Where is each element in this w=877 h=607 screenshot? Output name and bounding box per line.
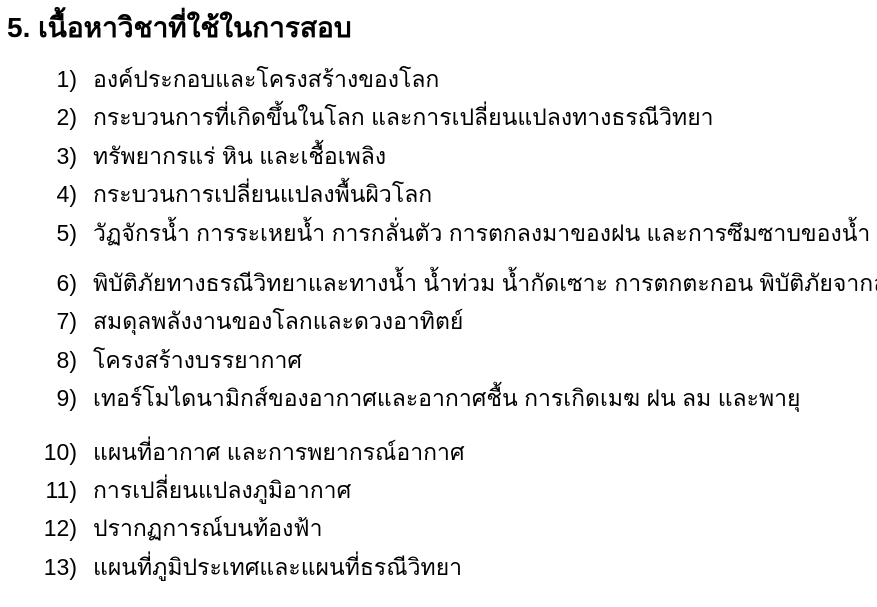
list-item: 3) ทรัพยากรแร่ หิน และเชื้อเพลิง: [0, 137, 877, 175]
list-item-text: โครงสร้างบรรยากาศ: [93, 341, 877, 379]
list-item: 6) พิบัติภัยทางธรณีวิทยาและทางน้ำ น้ำท่ว…: [0, 264, 877, 302]
list-item-text: ทรัพยากรแร่ หิน และเชื้อเพลิง: [93, 137, 877, 175]
list-item-number: 7): [0, 302, 93, 340]
page-title: 5. เนื้อหาวิชาที่ใช้ในการสอบ: [7, 10, 352, 46]
document-page: 5. เนื้อหาวิชาที่ใช้ในการสอบ 1) องค์ประก…: [0, 0, 877, 607]
list-item: 13) แผนที่ภูมิประเทศและแผนที่ธรณีวิทยา: [0, 548, 877, 586]
list-item: 1) องค์ประกอบและโครงสร้างของโลก: [0, 60, 877, 98]
list-item-text: องค์ประกอบและโครงสร้างของโลก: [93, 60, 877, 98]
list-item-number: 8): [0, 341, 93, 379]
list-item: 12) ปรากฏการณ์บนท้องฟ้า: [0, 509, 877, 547]
list-item: 4) กระบวนการเปลี่ยนแปลงพื้นผิวโลก: [0, 175, 877, 213]
list-item-number: 2): [0, 98, 93, 136]
list-item-text: แผนที่อากาศ และการพยากรณ์อากาศ: [93, 433, 877, 471]
list-item: 8) โครงสร้างบรรยากาศ: [0, 341, 877, 379]
list-item-number: 3): [0, 137, 93, 175]
list-item-text: กระบวนการที่เกิดขึ้นในโลก และการเปลี่ยนแ…: [93, 98, 877, 136]
list-item: 11) การเปลี่ยนแปลงภูมิอากาศ: [0, 471, 877, 509]
list-item: 10) แผนที่อากาศ และการพยากรณ์อากาศ: [0, 433, 877, 471]
list-item: 2) กระบวนการที่เกิดขึ้นในโลก และการเปลี่…: [0, 98, 877, 136]
list-item-number: 13): [0, 548, 93, 586]
list-item-text: วัฏจักรน้ำ การระเหยน้ำ การกลั่นตัว การตก…: [93, 214, 877, 252]
list-item-number: 1): [0, 60, 93, 98]
list-item-number: 6): [0, 264, 93, 302]
topic-list: 1) องค์ประกอบและโครงสร้างของโลก 2) กระบว…: [0, 60, 877, 586]
list-item-number: 4): [0, 175, 93, 213]
list-item-text: กระบวนการเปลี่ยนแปลงพื้นผิวโลก: [93, 175, 877, 213]
list-item: 9) เทอร์โมไดนามิกส์ของอากาศและอากาศชื้น …: [0, 379, 877, 417]
list-item-number: 11): [0, 471, 93, 509]
list-item-number: 10): [0, 433, 93, 471]
list-item-text: แผนที่ภูมิประเทศและแผนที่ธรณีวิทยา: [93, 548, 877, 586]
list-item-text: การเปลี่ยนแปลงภูมิอากาศ: [93, 471, 877, 509]
list-item-number: 12): [0, 509, 93, 547]
list-item: 7) สมดุลพลังงานของโลกและดวงอาทิตย์: [0, 302, 877, 340]
list-item-number: 9): [0, 379, 93, 417]
list-item-text: พิบัติภัยทางธรณีวิทยาและทางน้ำ น้ำท่วม น…: [93, 264, 877, 302]
list-item: 5) วัฏจักรน้ำ การระเหยน้ำ การกลั่นตัว กา…: [0, 214, 877, 252]
list-item-text: ปรากฏการณ์บนท้องฟ้า: [93, 509, 877, 547]
list-item-text: สมดุลพลังงานของโลกและดวงอาทิตย์: [93, 302, 877, 340]
list-item-text: เทอร์โมไดนามิกส์ของอากาศและอากาศชื้น การ…: [93, 379, 877, 417]
list-item-number: 5): [0, 214, 93, 252]
